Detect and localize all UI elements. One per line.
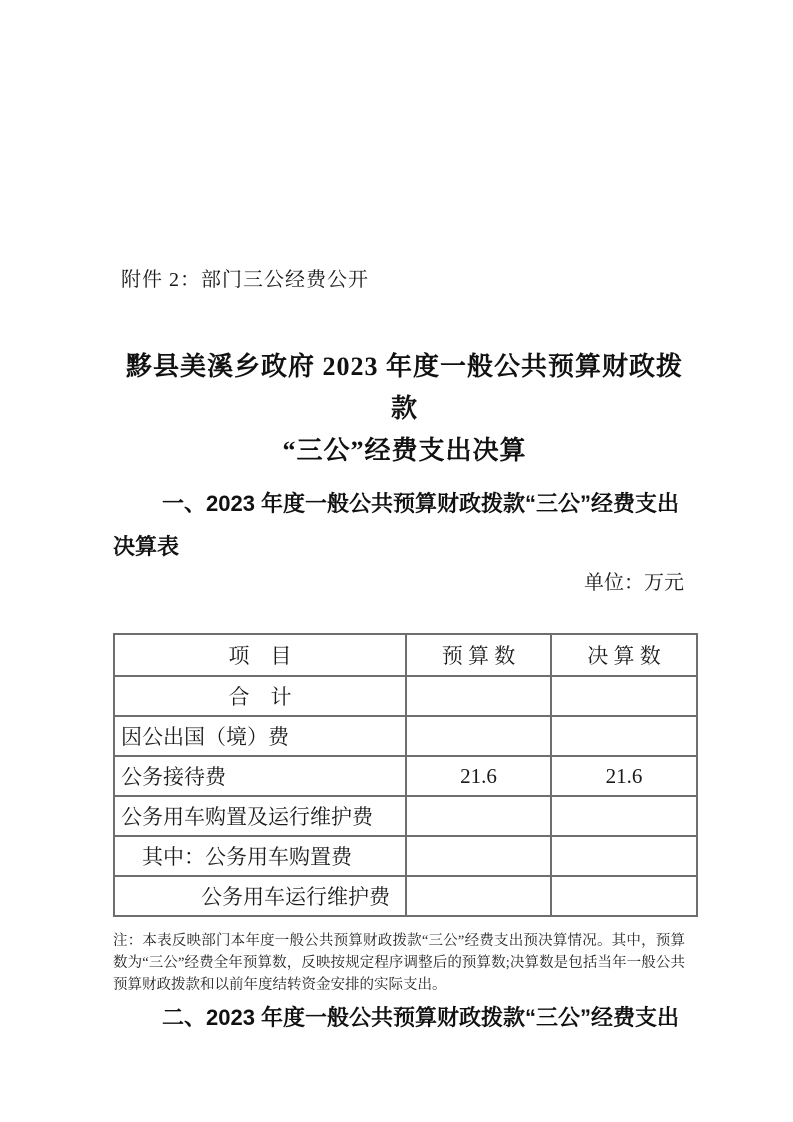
row-label: 其中：公务用车购置费 xyxy=(114,836,406,876)
budget-value xyxy=(406,836,551,876)
section1-heading: 一、2023 年度一般公共预算财政拨款“三公”经费支出 决算表 xyxy=(113,482,696,568)
table-row-reception: 公务接待费 21.6 21.6 xyxy=(114,756,697,796)
document-title: 黟县美溪乡政府 2023 年度一般公共预算财政拨款 “三公”经费支出决算 xyxy=(113,346,696,472)
budget-value xyxy=(406,676,551,716)
final-value xyxy=(551,876,697,916)
final-value xyxy=(551,796,697,836)
table-row-vehicle-maintenance: 公务用车运行维护费 xyxy=(114,876,697,916)
final-value xyxy=(551,836,697,876)
section2-heading: 二、2023 年度一般公共预算财政拨款“三公”经费支出 xyxy=(113,996,696,1039)
document-title-line1: 黟县美溪乡政府 2023 年度一般公共预算财政拨款 xyxy=(126,352,683,423)
table-row-vehicle-total: 公务用车购置及运行维护费 xyxy=(114,796,697,836)
table-row-vehicle-purchase: 其中：公务用车购置费 xyxy=(114,836,697,876)
row-label: 因公出国（境）费 xyxy=(114,716,406,756)
row-label: 合 计 xyxy=(114,676,406,716)
budget-value xyxy=(406,796,551,836)
row-label: 公务用车运行维护费 xyxy=(114,876,406,916)
final-value xyxy=(551,676,697,716)
section1-heading-line2: 决算表 xyxy=(113,525,696,568)
column-header-item: 项 目 xyxy=(114,634,406,676)
budget-value xyxy=(406,716,551,756)
unit-label: 单位：万元 xyxy=(113,566,684,595)
table-note: 注：本表反映部门本年度一般公共预算财政拨款“三公”经费支出预决算情况。其中，预算… xyxy=(113,930,685,996)
column-header-final: 决 算 数 xyxy=(551,634,697,676)
row-label: 公务接待费 xyxy=(114,756,406,796)
three-public-expense-table: 项 目 预 算 数 决 算 数 合 计 因公出国（境）费 公务接待费 21.6 … xyxy=(113,633,698,917)
table-row-total: 合 计 xyxy=(114,676,697,716)
row-label: 公务用车购置及运行维护费 xyxy=(114,796,406,836)
section2-heading-line1: 二、2023 年度一般公共预算财政拨款“三公”经费支出 xyxy=(113,996,696,1039)
table-row-abroad: 因公出国（境）费 xyxy=(114,716,697,756)
budget-value xyxy=(406,876,551,916)
document-title-line2: “三公”经费支出决算 xyxy=(282,436,526,465)
final-value: 21.6 xyxy=(551,756,697,796)
document-page: 附件 2：部门三公经费公开 黟县美溪乡政府 2023 年度一般公共预算财政拨款 … xyxy=(0,0,793,1122)
budget-value: 21.6 xyxy=(406,756,551,796)
attachment-label: 附件 2：部门三公经费公开 xyxy=(121,263,369,292)
section1-heading-line1: 一、2023 年度一般公共预算财政拨款“三公”经费支出 xyxy=(113,482,696,525)
column-header-budget: 预 算 数 xyxy=(406,634,551,676)
final-value xyxy=(551,716,697,756)
table-header-row: 项 目 预 算 数 决 算 数 xyxy=(114,634,697,676)
